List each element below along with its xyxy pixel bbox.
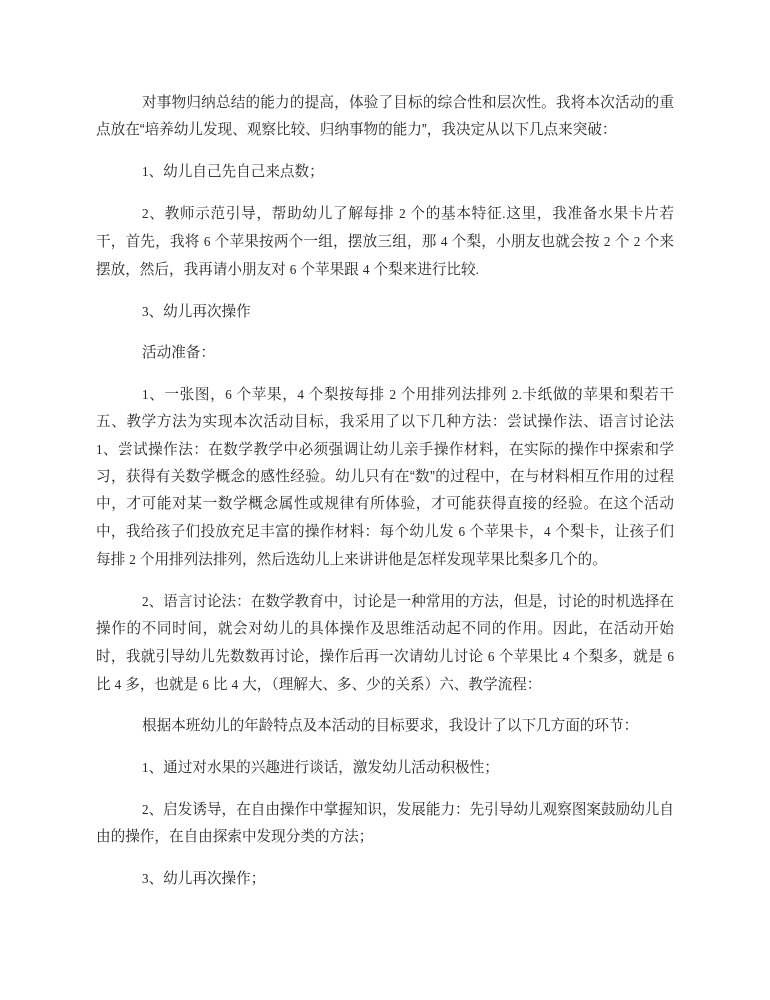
- paragraph-process-head: 根据本班幼儿的年龄特点及本活动的目标要求，我设计了以下几方面的环节：: [96, 713, 674, 740]
- paragraph-methods-1: 1、一张图，6 个苹果，4 个梨按每排 2 个用排列法排列 2.卡纸做的苹果和梨…: [96, 381, 674, 574]
- paragraph-point-3: 3、幼儿再次操作: [96, 298, 674, 326]
- paragraph-methods-2: 2、语言讨论法：在数学教育中，讨论是一种常用的方法，但是，讨论的时机选择在操作的…: [96, 588, 674, 699]
- paragraph-step-3: 3、幼儿再次操作；: [96, 865, 674, 893]
- document-page: 对事物归纳总结的能力的提高，体验了目标的综合性和层次性。我将本次活动的重点放在“…: [0, 0, 770, 1000]
- paragraph-preparation-head: 活动准备：: [96, 340, 674, 367]
- paragraph-step-1: 1、通过对水果的兴趣进行谈话，激发幼儿活动积极性；: [96, 754, 674, 782]
- paragraph-point-2: 2、教师示范引导，帮助幼儿了解每排 2 个的基本特征.这里，我准备水果卡片若干，…: [96, 200, 674, 284]
- paragraph-point-1: 1、幼儿自己先自己来点数；: [96, 158, 674, 186]
- paragraph-step-2: 2、启发诱导，在自由操作中掌握知识，发展能力：先引导幼儿观察图案鼓励幼儿自由的操…: [96, 796, 674, 851]
- paragraph-intro: 对事物归纳总结的能力的提高，体验了目标的综合性和层次性。我将本次活动的重点放在“…: [96, 90, 674, 144]
